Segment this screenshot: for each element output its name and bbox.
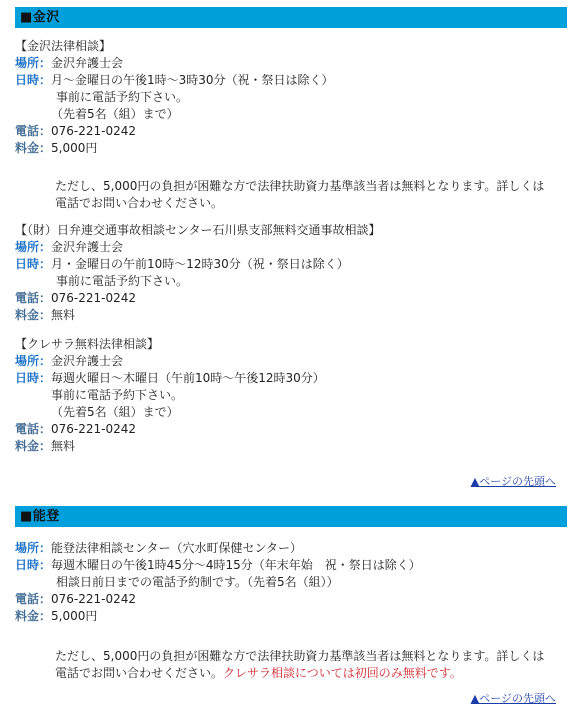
section-heading: ■金沢 [15,7,567,28]
back-to-top-wrap: ▲ページの先頭へ [471,473,556,489]
datetime-value: 月・金曜日の午前10時～12時30分（祝・祭日は除く） [51,256,349,273]
place-label: 場所： [15,239,51,256]
place-label: 場所： [15,540,51,557]
datetime-value: 月～金曜日の午後1時～3時30分（祝・祭日は除く） [51,72,334,89]
section-kanazawa: ■金沢 [0,7,578,28]
datetime-extra: （先着5名（組）まで） [15,404,325,421]
datetime-extra: 事前に電話予約下さい。 [15,273,381,290]
fee-label: 料金： [15,140,51,157]
fee-row: 料金： 無料 [15,438,325,455]
place-label: 場所： [15,353,51,370]
entry-kuresara-consultation: 【クレサラ無料法律相談】 場所： 金沢弁護士会 日時： 毎週火曜日～木曜日（午前… [15,336,325,455]
phone-value: 076-221-0242 [51,290,136,307]
entry-title: 【（財）日弁連交通事故相談センター石川県支部無料交通事故相談】 [15,222,381,239]
place-value: 能登法律相談センター（穴水町保健センター） [51,540,302,557]
entry-title: 【クレサラ無料法律相談】 [15,336,325,353]
phone-row: 電話： 076-221-0242 [15,421,325,438]
phone-value: 076-221-0242 [51,123,136,140]
fee-label: 料金： [15,438,51,455]
section-heading: ■能登 [15,506,567,527]
kuresara-highlight-note: クレサラ相談については初回のみ無料です。 [223,666,462,680]
datetime-label: 日時： [15,256,51,273]
entry-title: 【金沢法律相談】 [15,38,334,55]
datetime-label: 日時： [15,557,51,574]
phone-label: 電話： [15,591,51,608]
phone-value: 076-221-0242 [51,591,136,608]
datetime-row: 日時： 月・金曜日の午前10時～12時30分（祝・祭日は除く） [15,256,381,273]
fee-label: 料金： [15,608,51,625]
fee-row: 料金： 無料 [15,307,381,324]
back-to-top-wrap: ▲ページの先頭へ [471,690,556,706]
place-row: 場所： 能登法律相談センター（穴水町保健センター） [15,540,421,557]
phone-row: 電話： 076-221-0242 [15,123,334,140]
entry-noto-legal-consultation: 場所： 能登法律相談センター（穴水町保健センター） 日時： 毎週木曜日の午後1時… [15,540,421,625]
phone-row: 電話： 076-221-0242 [15,591,421,608]
datetime-extra: 事前に電話予約下さい。 [15,89,334,106]
datetime-extra: 相談日前日までの電話予約制です。（先着5名（組）） [15,574,421,591]
place-value: 金沢弁護士会 [51,55,123,72]
fee-row: 料金： 5,000円 [15,608,421,625]
fee-note: ただし、5,000円の負担が困難な方で法律扶助資力基準該当者は無料となります。詳… [55,178,555,212]
entry-kanazawa-legal-consultation: 【金沢法律相談】 場所： 金沢弁護士会 日時： 月～金曜日の午後1時～3時30分… [15,38,334,157]
datetime-value: 毎週木曜日の午後1時45分～4時15分（年末年始 祝・祭日は除く） [51,557,421,574]
datetime-extra: 事前に電話予約下さい。 [15,387,325,404]
place-label: 場所： [15,55,51,72]
place-value: 金沢弁護士会 [51,353,123,370]
phone-label: 電話： [15,123,51,140]
datetime-row: 日時： 毎週火曜日～木曜日（午前10時～午後12時30分） [15,370,325,387]
place-value: 金沢弁護士会 [51,239,123,256]
datetime-row: 日時： 毎週木曜日の午後1時45分～4時15分（年末年始 祝・祭日は除く） [15,557,421,574]
datetime-value: 毎週火曜日～木曜日（午前10時～午後12時30分） [51,370,325,387]
place-row: 場所： 金沢弁護士会 [15,239,381,256]
phone-label: 電話： [15,290,51,307]
datetime-label: 日時： [15,72,51,89]
fee-value: 5,000円 [51,140,97,157]
fee-label: 料金： [15,307,51,324]
phone-label: 電話： [15,421,51,438]
entry-traffic-accident-consultation: 【（財）日弁連交通事故相談センター石川県支部無料交通事故相談】 場所： 金沢弁護… [15,222,381,324]
phone-row: 電話： 076-221-0242 [15,290,381,307]
section-noto: ■能登 [0,506,578,527]
datetime-row: 日時： 月～金曜日の午後1時～3時30分（祝・祭日は除く） [15,72,334,89]
fee-value: 無料 [51,438,75,455]
back-to-top-link[interactable]: ▲ページの先頭へ [471,475,556,488]
phone-value: 076-221-0242 [51,421,136,438]
fee-row: 料金： 5,000円 [15,140,334,157]
back-to-top-link[interactable]: ▲ページの先頭へ [471,692,556,705]
fee-value: 5,000円 [51,608,97,625]
fee-note: ただし、5,000円の負担が困難な方で法律扶助資力基準該当者は無料となります。詳… [55,648,555,682]
datetime-label: 日時： [15,370,51,387]
datetime-extra: （先着5名（組）まで） [15,106,334,123]
fee-value: 無料 [51,307,75,324]
place-row: 場所： 金沢弁護士会 [15,353,325,370]
place-row: 場所： 金沢弁護士会 [15,55,334,72]
